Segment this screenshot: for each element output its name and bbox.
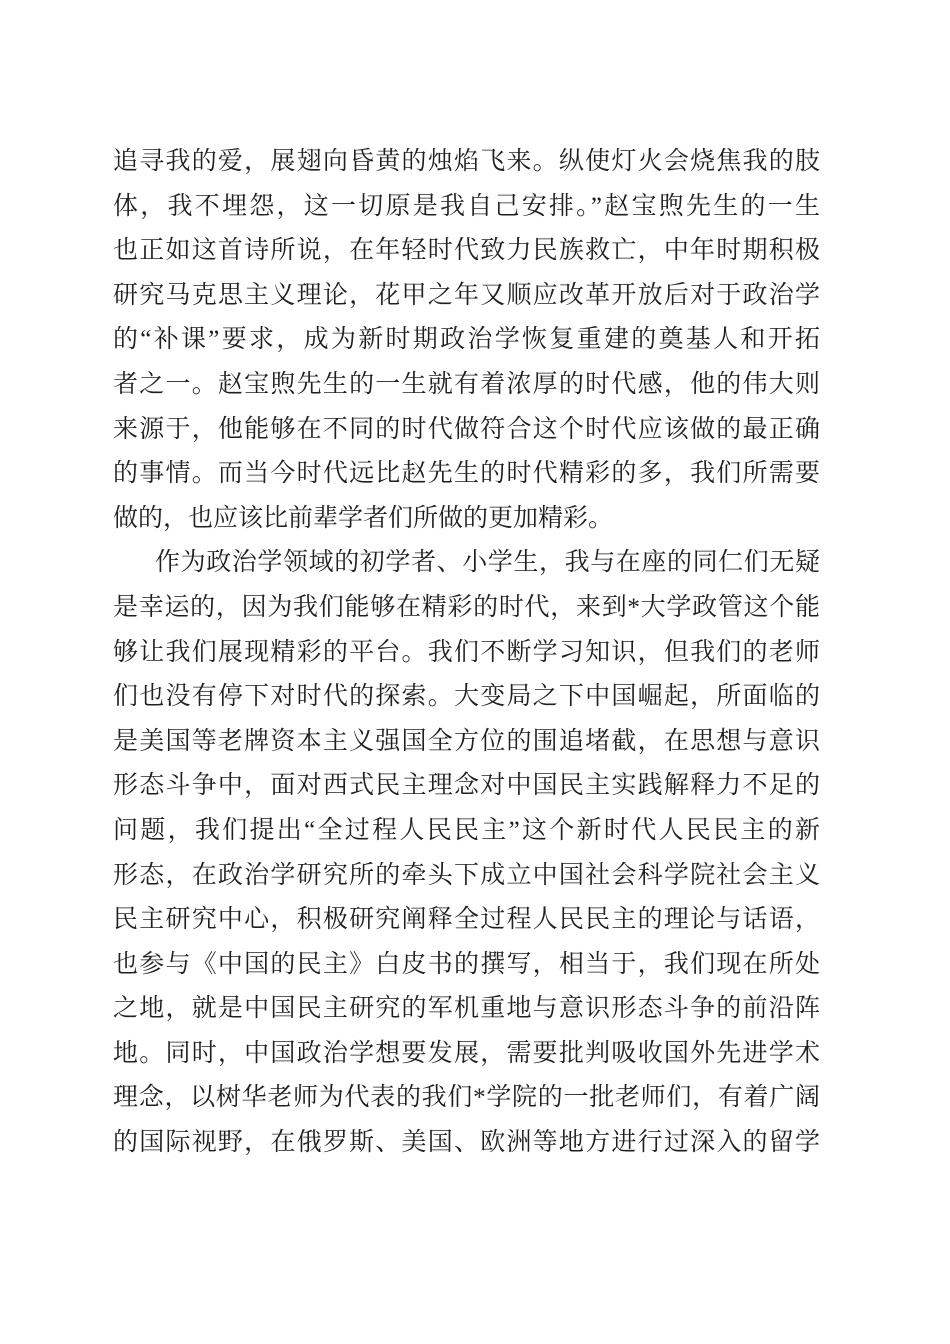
text-line: 够让我们展现精彩的平台。我们不断学习知识，但我们的老师 [113,631,820,676]
text-line: 者之一。赵宝煦先生的一生就有着浓厚的时代感，他的伟大则 [113,363,820,408]
text-line: 之地，就是中国民主研究的军机重地与意识形态斗争的前沿阵 [113,987,820,1032]
text-line: 也正如这首诗所说，在年轻时代致力民族救亡，中年时期积极 [113,229,820,274]
text-line: 地。同时，中国政治学想要发展，需要批判吸收国外先进学术 [113,1032,820,1077]
text-line: 来源于，他能够在不同的时代做符合这个时代应该做的最正确 [113,408,820,453]
text-line: 形态斗争中，面对西式民主理念对中国民主实践解释力不足的 [113,764,820,809]
text-line: 们也没有停下对时代的探索。大变局之下中国崛起，所面临的 [113,675,820,720]
document-body: 追寻我的爱，展翅向昏黄的烛焰飞来。纵使灯火会烧焦我的肢体，我不埋怨，这一切原是我… [113,140,820,1166]
text-line: 体，我不埋怨，这一切原是我自己安排。”赵宝煦先生的一生 [113,185,820,230]
text-line: 研究马克思主义理论，花甲之年又顺应改革开放后对于政治学 [113,274,820,319]
text-line: 的国际视野，在俄罗斯、美国、欧洲等地方进行过深入的留学 [113,1121,820,1166]
document-page: 追寻我的爱，展翅向昏黄的烛焰飞来。纵使灯火会烧焦我的肢体，我不埋怨，这一切原是我… [0,0,950,1344]
text-line: 问题，我们提出“全过程人民民主”这个新时代人民民主的新 [113,809,820,854]
text-line: 的“补课”要求，成为新时期政治学恢复重建的奠基人和开拓 [113,318,820,363]
text-line: 做的，也应该比前辈学者们所做的更加精彩。 [113,497,820,542]
text-line: 作为政治学领域的初学者、小学生，我与在座的同仁们无疑 [113,541,820,586]
text-line: 民主研究中心，积极研究阐释全过程人民民主的理论与话语， [113,898,820,943]
text-line: 是美国等老牌资本主义强国全方位的围追堵截，在思想与意识 [113,720,820,765]
text-line: 追寻我的爱，展翅向昏黄的烛焰飞来。纵使灯火会烧焦我的肢 [113,140,820,185]
text-line: 是幸运的，因为我们能够在精彩的时代，来到*大学政管这个能 [113,586,820,631]
text-line: 形态，在政治学研究所的牵头下成立中国社会科学院社会主义 [113,854,820,899]
text-line: 理念，以树华老师为代表的我们*学院的一批老师们，有着广阔 [113,1076,820,1121]
text-line: 的事情。而当今时代远比赵先生的时代精彩的多，我们所需要 [113,452,820,497]
text-line: 也参与《中国的民主》白皮书的撰写，相当于，我们现在所处 [113,943,820,988]
